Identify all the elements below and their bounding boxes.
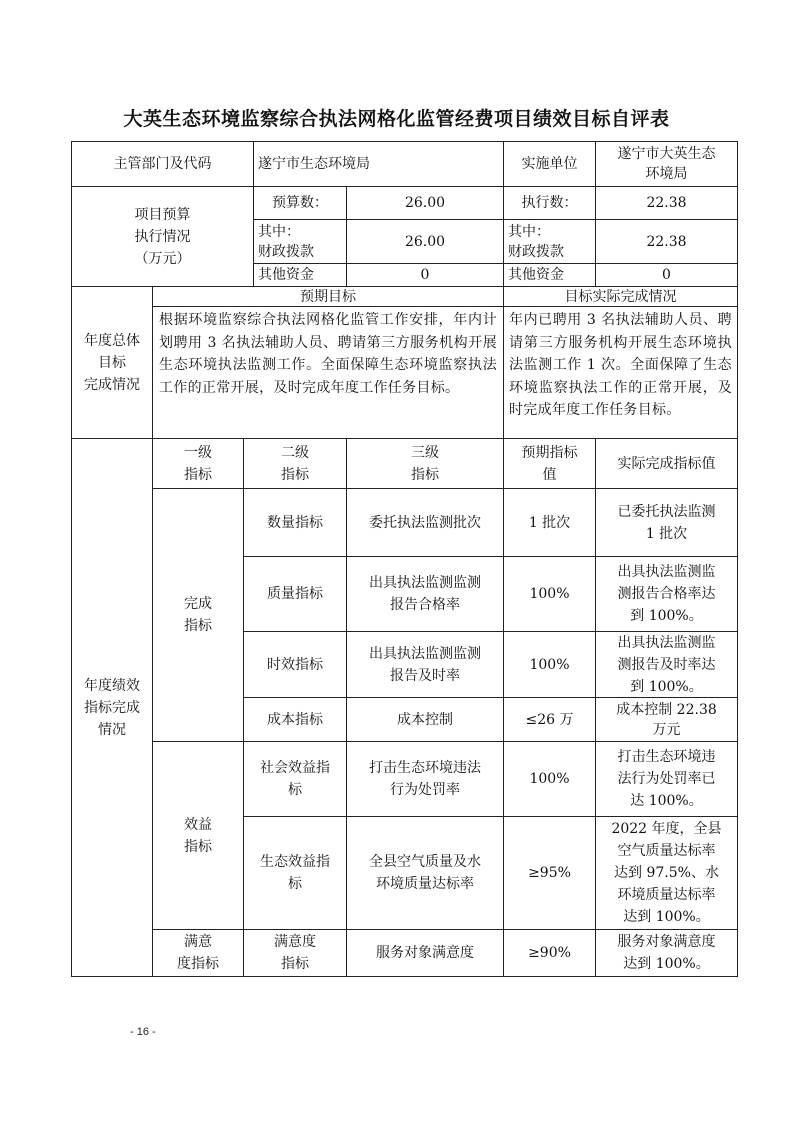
row2-actual: 出具执法监测监 测报告及时率达 到 100%。	[595, 631, 738, 698]
page-number: - 16 -	[130, 1026, 156, 1038]
dept-value-cell: 遂宁市生态环境局	[253, 141, 504, 187]
actual-goal-cell: 年内已聘用 3 名执法辅助人员、聘请第三方服务机构开展生态环境执法监测工作 1 …	[503, 306, 738, 439]
group-benefit: 效益 指标	[152, 741, 244, 930]
expected-goal-text: 根据环境监察综合执法网格化监管工作安排，年内计划聘用 3 名执法辅助人员、聘请第…	[159, 309, 497, 399]
document-title: 大英生态环境监察综合执法网格化监管经费项目绩效目标自评表	[0, 104, 793, 131]
row3-expected: ≤26 万	[503, 697, 596, 742]
header-level1: 一级 指标	[152, 438, 244, 489]
actual-goal-header: 目标实际完成情况	[503, 286, 738, 307]
row4-level2: 社会效益指 标	[243, 741, 347, 817]
row0-level2: 数量指标	[243, 488, 347, 557]
indicators-section-label-cell: 年度绩效 指标完成 情况	[71, 438, 153, 977]
row6-level2: 满意度 指标	[243, 929, 347, 977]
dept-value: 遂宁市生态环境局	[258, 153, 370, 175]
expected-goal-header: 预期目标	[152, 286, 504, 307]
budget-left-value-0: 26.00	[346, 186, 504, 220]
row6-level3: 服务对象满意度	[346, 929, 504, 977]
row5-level2: 生态效益指 标	[243, 816, 347, 930]
budget-left-label-0: 预算数：	[253, 186, 347, 220]
row0-expected: 1 批次	[503, 488, 596, 557]
budget-right-label-0: 执行数：	[503, 186, 596, 220]
actual-goal-text: 年内已聘用 3 名执法辅助人员、聘请第三方服务机构开展生态环境执法监测工作 1 …	[509, 309, 732, 422]
expected-goal-cell: 根据环境监察综合执法网格化监管工作安排，年内计划聘用 3 名执法辅助人员、聘请第…	[152, 306, 504, 439]
row3-level3: 成本控制	[346, 697, 504, 742]
row1-actual: 出具执法监测监 测报告合格率达 到 100%。	[595, 556, 738, 632]
row1-level2: 质量指标	[243, 556, 347, 632]
dept-label: 主管部门及代码	[114, 153, 212, 175]
row1-level3: 出具执法监测监测 报告合格率	[346, 556, 504, 632]
row0-level3: 委托执法监测批次	[346, 488, 504, 557]
budget-right-value-2: 0	[595, 263, 738, 287]
goal-section-label-cell: 年度总体 目标 完成情况	[71, 286, 153, 439]
row5-actual: 2022 年度，全县 空气质量达标率 达到 97.5%、水 环境质量达标率 达到…	[595, 816, 738, 930]
group-satisfaction: 满意 度指标	[152, 929, 244, 977]
budget-left-value-2: 0	[346, 263, 504, 287]
row5-expected: ≥95%	[503, 816, 596, 930]
row2-level3: 出具执法监测监测 报告及时率	[346, 631, 504, 698]
budget-right-label-2: 其他资金	[503, 263, 596, 287]
budget-left-label-1: 其中： 财政拨款	[253, 219, 347, 264]
header-actual: 实际完成指标值	[595, 438, 738, 489]
row4-level3: 打击生态环境违法 行为处罚率	[346, 741, 504, 817]
row4-actual: 打击生态环境违 法行为处罚率已 达 100%。	[595, 741, 738, 817]
row6-expected: ≥90%	[503, 929, 596, 977]
header-level2: 二级 指标	[243, 438, 347, 489]
impl-value: 遂宁市大英生态 环境局	[618, 144, 716, 184]
budget-right-value-1: 22.38	[595, 219, 738, 264]
row2-expected: 100%	[503, 631, 596, 698]
budget-section-label: 项目预算 执行情况 （万元）	[135, 204, 191, 270]
dept-label-cell: 主管部门及代码	[71, 141, 254, 187]
row1-expected: 100%	[503, 556, 596, 632]
header-expected: 预期指标 值	[503, 438, 596, 489]
row6-actual: 服务对象满意度 达到 100%。	[595, 929, 738, 977]
row3-level2: 成本指标	[243, 697, 347, 742]
row5-level3: 全县空气质量及水 环境质量达标率	[346, 816, 504, 930]
budget-section-label-cell: 项目预算 执行情况 （万元）	[71, 186, 254, 287]
row0-actual: 已委托执法监测 1 批次	[595, 488, 738, 557]
impl-label-cell: 实施单位	[503, 141, 596, 187]
indicators-section-label: 年度绩效 指标完成 情况	[84, 675, 140, 741]
impl-value-cell: 遂宁市大英生态 环境局	[595, 141, 738, 187]
goal-section-label: 年度总体 目标 完成情况	[84, 330, 140, 396]
row2-level2: 时效指标	[243, 631, 347, 698]
group-completion: 完成 指标	[152, 488, 244, 742]
row3-actual: 成本控制 22.38 万元	[595, 697, 738, 742]
row4-expected: 100%	[503, 741, 596, 817]
header-level3: 三级 指标	[346, 438, 504, 489]
budget-left-label-2: 其他资金	[253, 263, 347, 287]
impl-label: 实施单位	[522, 153, 578, 175]
budget-right-label-1: 其中： 财政拨款	[503, 219, 596, 264]
budget-left-value-1: 26.00	[346, 219, 504, 264]
budget-right-value-0: 22.38	[595, 186, 738, 220]
